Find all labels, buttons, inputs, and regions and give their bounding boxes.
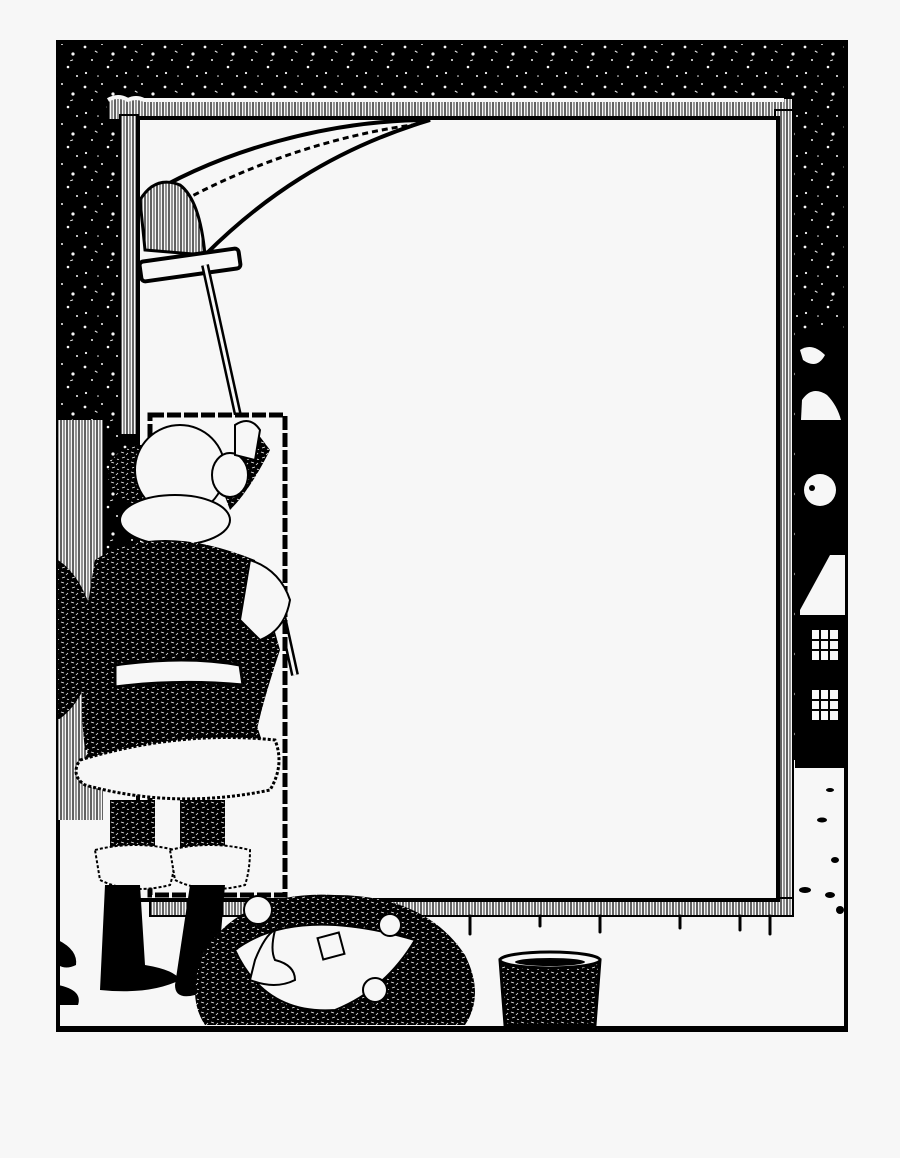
ball-icon <box>363 978 387 1002</box>
doll-icon <box>244 896 272 924</box>
doll-icon <box>379 914 401 936</box>
toy-block-icon <box>318 933 345 960</box>
christmas-frame-artwork <box>0 0 900 1158</box>
paste-bucket <box>500 952 600 1025</box>
